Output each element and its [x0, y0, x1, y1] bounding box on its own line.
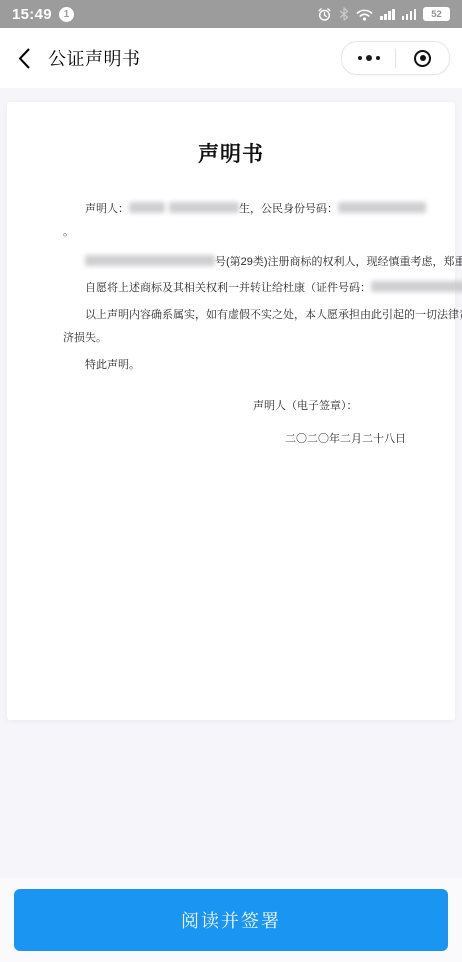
wifi-icon [356, 8, 373, 21]
paragraph-trademark: 号(第29类)注册商标的权利人，现经慎重考虑，郑重声明： [63, 251, 441, 274]
chevron-left-icon [18, 47, 31, 70]
redacted-cert-number [371, 281, 462, 292]
document-body: 声明人：生，公民身份号码： 。 号(第29类)注册商标的权利人，现经慎重考虑，郑… [63, 198, 441, 451]
declaration-document: 声明书 声明人：生，公民身份号码： 。 号(第29类)注册商标的权利人，现经慎重… [7, 102, 455, 720]
notification-badge-icon: 1 [59, 7, 74, 22]
target-circle-icon [414, 50, 431, 67]
cell-signal-icon-sim2 [402, 9, 417, 20]
paragraph-closing: 特此声明。 [63, 354, 441, 377]
paragraph-declarant-tail: 。 [63, 221, 441, 244]
signature-label: 声明人（电子签章）： [63, 395, 441, 418]
trademark-text: 号(第29类)注册商标的权利人，现经慎重考虑，郑重声明： [215, 256, 462, 268]
alarm-clock-icon [317, 7, 332, 22]
status-bar: 15:49 1 52 [0, 0, 462, 28]
miniprogram-capsule [341, 41, 450, 75]
paragraph-liability-line2: 济损失。 [63, 327, 441, 350]
page-title: 公证声明书 [48, 45, 141, 71]
battery-icon: 52 [423, 7, 450, 21]
document-title: 声明书 [63, 138, 399, 168]
transfer-text-before: 自愿将上述商标及其相关权利一并转让给杜康（证件号码： [85, 282, 371, 294]
signature-date: 二〇二〇年二月二十八日 [63, 428, 441, 451]
cell-signal-icon-sim1 [380, 9, 395, 20]
footer-bar: 阅读并签署 [0, 878, 462, 962]
declarant-prefix: 声明人： [85, 203, 129, 215]
redacted-id-number [338, 202, 426, 213]
nav-bar: 公证声明书 [0, 28, 462, 88]
bluetooth-icon [339, 7, 349, 21]
app-screen: 15:49 1 52 [0, 0, 462, 962]
close-home-button[interactable] [396, 42, 449, 74]
paragraph-transfer: 自愿将上述商标及其相关权利一并转让给杜康（证件号码：。 [63, 277, 441, 300]
redacted-trademark-number [85, 255, 215, 266]
read-and-sign-button[interactable]: 阅读并签署 [14, 889, 448, 951]
content-area[interactable]: 声明书 声明人：生，公民身份号码： 。 号(第29类)注册商标的权利人，现经慎重… [0, 102, 462, 720]
redacted-birthdate [169, 202, 239, 213]
three-dots-icon [358, 55, 380, 61]
more-menu-button[interactable] [342, 42, 395, 74]
redacted-name [129, 202, 165, 213]
back-button[interactable] [12, 45, 36, 71]
declarant-mid: 生，公民身份号码： [239, 203, 338, 215]
status-time: 15:49 [12, 6, 52, 23]
paragraph-declarant: 声明人：生，公民身份号码： [63, 198, 441, 221]
paragraph-liability-line1: 以上声明内容确系属实，如有虚假不实之处，本人愿承担由此引起的一切法律责任和经 [63, 304, 441, 327]
